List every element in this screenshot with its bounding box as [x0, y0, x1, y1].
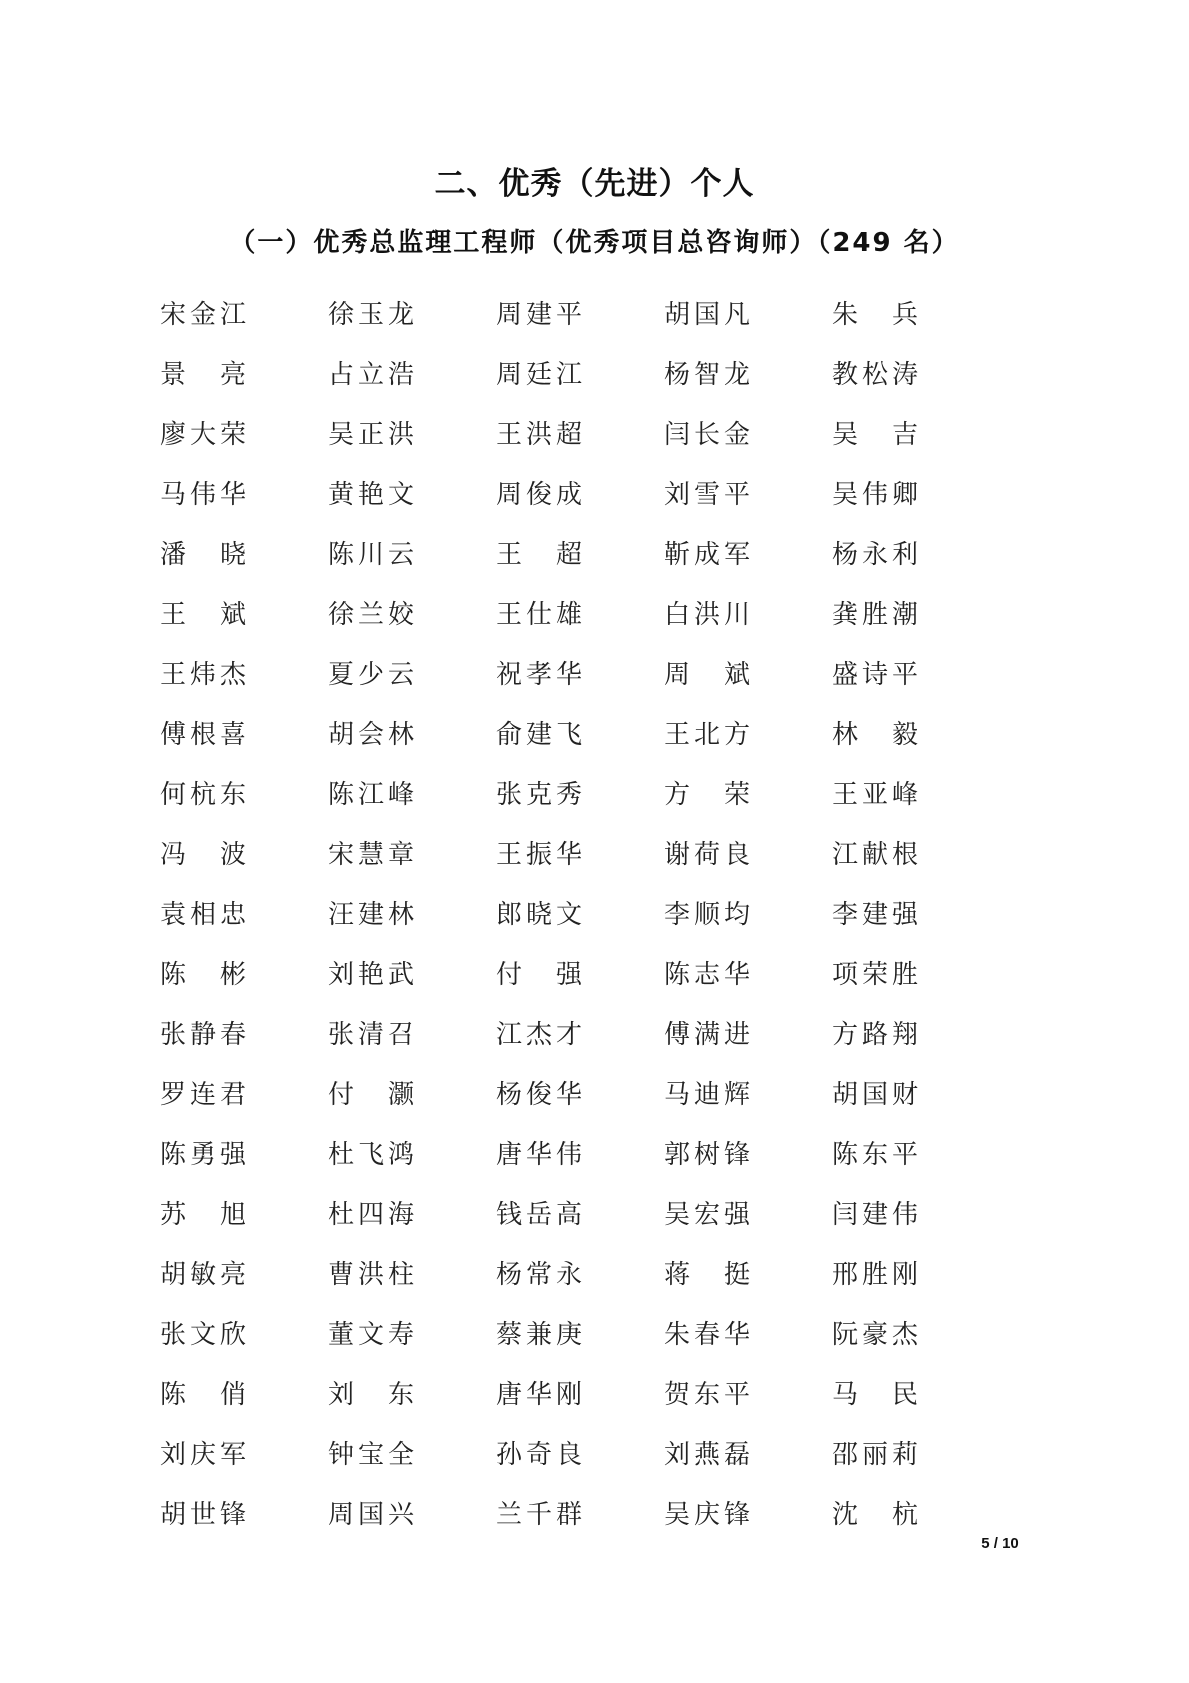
person-name: 王 超: [496, 534, 664, 571]
person-name: 陈 俏: [160, 1374, 328, 1411]
person-name: 孙奇良: [496, 1434, 664, 1471]
person-name: 阮豪杰: [832, 1314, 1000, 1351]
person-name: 王 斌: [160, 594, 328, 631]
person-name: 吴宏强: [664, 1194, 832, 1231]
person-name: 周廷江: [496, 354, 664, 391]
person-name: 沈 杭: [832, 1494, 1000, 1531]
person-name: 俞建飞: [496, 714, 664, 751]
person-name: 钱岳高: [496, 1194, 664, 1231]
person-name: 景 亮: [160, 354, 328, 391]
person-name: 江杰才: [496, 1014, 664, 1051]
person-name: 江献根: [832, 834, 1000, 871]
person-name: 唐华伟: [496, 1134, 664, 1171]
person-name: 曹洪柱: [328, 1254, 496, 1291]
person-name: 黄艳文: [328, 474, 496, 511]
person-name: 冯 波: [160, 834, 328, 871]
person-name: 徐玉龙: [328, 294, 496, 331]
person-name: 罗连君: [160, 1074, 328, 1111]
names-row: 廖大荣吴正洪王洪超闫长金吴 吉: [160, 402, 1000, 462]
person-name: 吴伟卿: [832, 474, 1000, 511]
person-name: 付 强: [496, 954, 664, 991]
person-name: 周国兴: [328, 1494, 496, 1531]
person-name: 王炜杰: [160, 654, 328, 691]
person-name: 李顺均: [664, 894, 832, 931]
person-name: 廖大荣: [160, 414, 328, 451]
person-name: 王北方: [664, 714, 832, 751]
person-name: 周俊成: [496, 474, 664, 511]
names-row: 陈 俏刘 东唐华刚贺东平马 民: [160, 1362, 1000, 1422]
names-row: 何杭东陈江峰张克秀方 荣王亚峰: [160, 762, 1000, 822]
person-name: 刘艳武: [328, 954, 496, 991]
person-name: 马迪辉: [664, 1074, 832, 1111]
person-name: 钟宝全: [328, 1434, 496, 1471]
person-name: 李建强: [832, 894, 1000, 931]
person-name: 闫建伟: [832, 1194, 1000, 1231]
person-name: 陈东平: [832, 1134, 1000, 1171]
person-name: 王洪超: [496, 414, 664, 451]
person-name: 张静春: [160, 1014, 328, 1051]
person-name: 董文寿: [328, 1314, 496, 1351]
page-number: 5 / 10: [960, 1535, 1040, 1552]
person-name: 朱 兵: [832, 294, 1000, 331]
person-name: 杜飞鸿: [328, 1134, 496, 1171]
person-name: 陈川云: [328, 534, 496, 571]
names-row: 苏 旭杜四海钱岳高吴宏强闫建伟: [160, 1182, 1000, 1242]
person-name: 王振华: [496, 834, 664, 871]
person-name: 刘庆军: [160, 1434, 328, 1471]
person-name: 杨智龙: [664, 354, 832, 391]
names-row: 王炜杰夏少云祝孝华周 斌盛诗平: [160, 642, 1000, 702]
names-row: 胡敏亮曹洪柱杨常永蒋 挺邢胜刚: [160, 1242, 1000, 1302]
names-grid: 宋金江徐玉龙周建平胡国凡朱 兵景 亮占立浩周廷江杨智龙教松涛廖大荣吴正洪王洪超闫…: [160, 282, 1000, 1542]
names-row: 张静春张清召江杰才傅满进方路翔: [160, 1002, 1000, 1062]
person-name: 朱春华: [664, 1314, 832, 1351]
person-name: 刘燕磊: [664, 1434, 832, 1471]
person-name: 傅根喜: [160, 714, 328, 751]
person-name: 陈江峰: [328, 774, 496, 811]
person-name: 周建平: [496, 294, 664, 331]
person-name: 教松涛: [832, 354, 1000, 391]
person-name: 白洪川: [664, 594, 832, 631]
person-name: 唐华刚: [496, 1374, 664, 1411]
section-title: 二、优秀（先进）个人: [0, 158, 1189, 203]
person-name: 胡国凡: [664, 294, 832, 331]
person-name: 吴正洪: [328, 414, 496, 451]
person-name: 何杭东: [160, 774, 328, 811]
person-name: 宋慧章: [328, 834, 496, 871]
names-row: 张文欣董文寿蔡兼庚朱春华阮豪杰: [160, 1302, 1000, 1362]
person-name: 付 灏: [328, 1074, 496, 1111]
names-row: 胡世锋周国兴兰千群吴庆锋沈 杭: [160, 1482, 1000, 1542]
person-name: 张清召: [328, 1014, 496, 1051]
person-name: 闫长金: [664, 414, 832, 451]
names-row: 王 斌徐兰姣王仕雄白洪川龚胜潮: [160, 582, 1000, 642]
names-row: 陈勇强杜飞鸿唐华伟郭树锋陈东平: [160, 1122, 1000, 1182]
person-name: 张克秀: [496, 774, 664, 811]
names-row: 潘 晓陈川云王 超靳成军杨永利: [160, 522, 1000, 582]
person-name: 邢胜刚: [832, 1254, 1000, 1291]
person-name: 夏少云: [328, 654, 496, 691]
person-name: 徐兰姣: [328, 594, 496, 631]
person-name: 宋金江: [160, 294, 328, 331]
names-row: 陈 彬刘艳武付 强陈志华项荣胜: [160, 942, 1000, 1002]
person-name: 刘 东: [328, 1374, 496, 1411]
person-name: 潘 晓: [160, 534, 328, 571]
person-name: 陈勇强: [160, 1134, 328, 1171]
person-name: 林 毅: [832, 714, 1000, 751]
person-name: 占立浩: [328, 354, 496, 391]
person-name: 傅满进: [664, 1014, 832, 1051]
person-name: 陈志华: [664, 954, 832, 991]
person-name: 杨俊华: [496, 1074, 664, 1111]
person-name: 刘雪平: [664, 474, 832, 511]
person-name: 邵丽莉: [832, 1434, 1000, 1471]
names-row: 景 亮占立浩周廷江杨智龙教松涛: [160, 342, 1000, 402]
person-name: 祝孝华: [496, 654, 664, 691]
person-name: 胡会林: [328, 714, 496, 751]
person-name: 汪建林: [328, 894, 496, 931]
person-name: 张文欣: [160, 1314, 328, 1351]
person-name: 蔡兼庚: [496, 1314, 664, 1351]
person-name: 胡敏亮: [160, 1254, 328, 1291]
person-name: 马伟华: [160, 474, 328, 511]
person-name: 郭树锋: [664, 1134, 832, 1171]
names-row: 宋金江徐玉龙周建平胡国凡朱 兵: [160, 282, 1000, 342]
person-name: 龚胜潮: [832, 594, 1000, 631]
person-name: 杨永利: [832, 534, 1000, 571]
person-name: 方 荣: [664, 774, 832, 811]
person-name: 胡国财: [832, 1074, 1000, 1111]
person-name: 谢荷良: [664, 834, 832, 871]
subsection-title: （一）优秀总监理工程师（优秀项目总咨询师）（249 名）: [0, 222, 1189, 259]
person-name: 盛诗平: [832, 654, 1000, 691]
person-name: 兰千群: [496, 1494, 664, 1531]
names-row: 马伟华黄艳文周俊成刘雪平吴伟卿: [160, 462, 1000, 522]
person-name: 王仕雄: [496, 594, 664, 631]
names-row: 刘庆军钟宝全孙奇良刘燕磊邵丽莉: [160, 1422, 1000, 1482]
person-name: 郎晓文: [496, 894, 664, 931]
names-row: 袁相忠汪建林郎晓文李顺均李建强: [160, 882, 1000, 942]
person-name: 马 民: [832, 1374, 1000, 1411]
person-name: 蒋 挺: [664, 1254, 832, 1291]
person-name: 胡世锋: [160, 1494, 328, 1531]
person-name: 苏 旭: [160, 1194, 328, 1231]
names-row: 傅根喜胡会林俞建飞王北方林 毅: [160, 702, 1000, 762]
document-page: 二、优秀（先进）个人 （一）优秀总监理工程师（优秀项目总咨询师）（249 名） …: [0, 0, 1189, 1683]
names-row: 冯 波宋慧章王振华谢荷良江献根: [160, 822, 1000, 882]
person-name: 方路翔: [832, 1014, 1000, 1051]
person-name: 杨常永: [496, 1254, 664, 1291]
person-name: 吴庆锋: [664, 1494, 832, 1531]
person-name: 杜四海: [328, 1194, 496, 1231]
person-name: 贺东平: [664, 1374, 832, 1411]
person-name: 王亚峰: [832, 774, 1000, 811]
person-name: 袁相忠: [160, 894, 328, 931]
person-name: 陈 彬: [160, 954, 328, 991]
person-name: 靳成军: [664, 534, 832, 571]
person-name: 项荣胜: [832, 954, 1000, 991]
names-row: 罗连君付 灏杨俊华马迪辉胡国财: [160, 1062, 1000, 1122]
person-name: 周 斌: [664, 654, 832, 691]
person-name: 吴 吉: [832, 414, 1000, 451]
